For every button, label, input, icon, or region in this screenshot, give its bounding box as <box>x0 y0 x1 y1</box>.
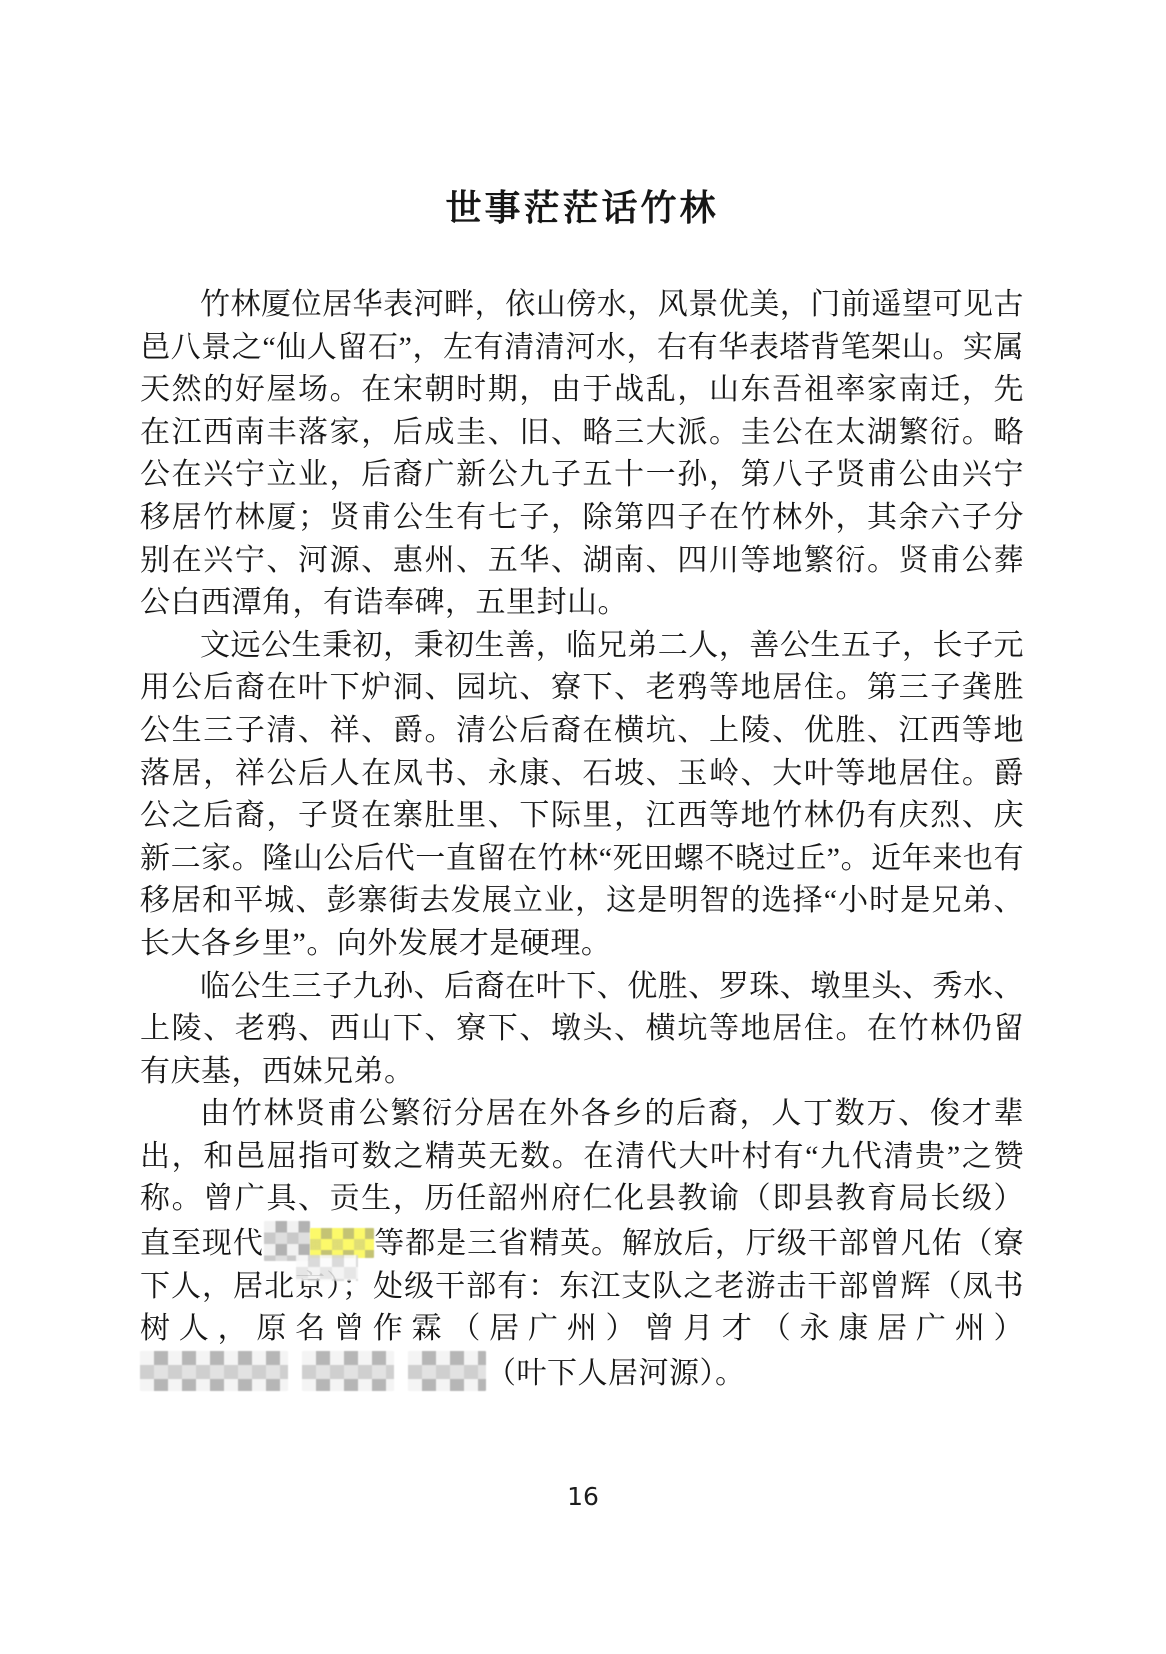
document-page: 世事茫茫话竹林 竹林厦位居华表河畔，依山傍水，风景优美，门前遥望可见古邑八景之“… <box>0 0 1166 1654</box>
paragraph-2: 文远公生秉初，秉初生善，临兄弟二人，善公生五子，长子元用公后裔在叶下炉洞、园坑、… <box>140 625 1024 966</box>
page-title: 世事茫茫话竹林 <box>140 184 1024 232</box>
paragraph-4: 由竹林贤甫公繁衍分居在外各乡的后裔，人丁数万、俊才辈出，和邑屈指可数之精英无数。… <box>140 1093 1024 1395</box>
redacted-names-mosaic-large <box>140 1351 486 1391</box>
mosaic-segment <box>408 1351 486 1391</box>
document-body: 竹林厦位居华表河畔，依山傍水，风景优美，门前遥望可见古邑八景之“仙人留石”，左有… <box>140 284 1024 1395</box>
paragraph-1: 竹林厦位居华表河畔，依山傍水，风景优美，门前遥望可见古邑八景之“仙人留石”，左有… <box>140 284 1024 625</box>
text-column: 世事茫茫话竹林 竹林厦位居华表河畔，依山傍水，风景优美，门前遥望可见古邑八景之“… <box>140 0 1024 1395</box>
page-number: 16 <box>0 1482 1166 1511</box>
mosaic-segment <box>140 1351 288 1391</box>
mosaic-segment <box>302 1351 394 1391</box>
paragraph-4-text-c: （叶下人居河源）。 <box>486 1357 746 1390</box>
redacted-name-mosaic-highlighted <box>310 1228 374 1258</box>
paragraph-3: 临公生三子九孙、后裔在叶下、优胜、罗珠、墩里头、秀水、上陵、老鸦、西山下、寮下、… <box>140 966 1024 1094</box>
